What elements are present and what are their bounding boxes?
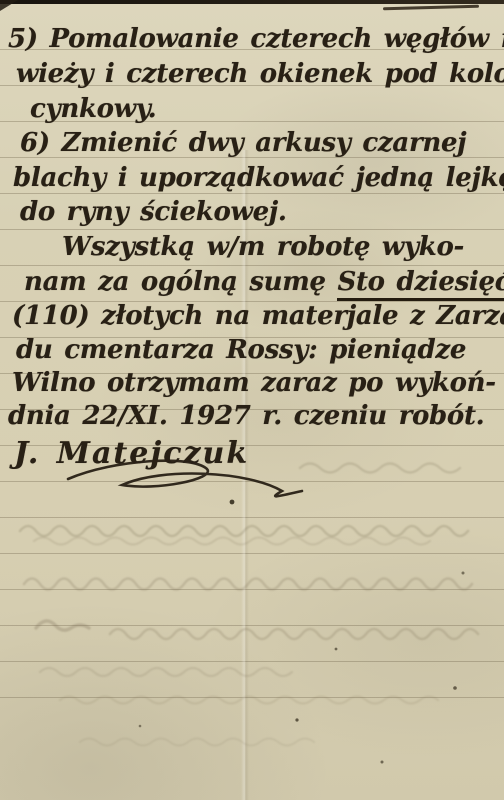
underlined-sum-text: Sto dziesięć	[337, 267, 504, 301]
bleed-through-line	[34, 538, 430, 545]
bleed-through-line	[20, 526, 468, 536]
scan-top-edge	[0, 0, 504, 4]
manuscript-line: Wszystką w/m robotę wyko-	[62, 232, 464, 262]
manuscript-line: blachy i uporządkować jedną lejkę	[13, 163, 504, 193]
manuscript-line: Wilno otrzymam zaraz po wykoń-	[12, 368, 496, 398]
manuscript-line: cynkowy.	[30, 94, 156, 124]
manuscript-line: do ryny ściekowej.	[20, 197, 287, 227]
bleed-through-line	[36, 621, 89, 630]
ink-specks	[139, 500, 465, 764]
bleed-through-line	[300, 464, 460, 473]
manuscript-line: 5) Pomalowanie czterech węgłów na	[8, 24, 504, 54]
manuscript-line: wieży i czterech okienek pod kolor	[16, 59, 504, 89]
bleed-through-line	[80, 739, 314, 746]
manuscript-line: du cmentarza Rossy: pieniądze	[16, 335, 466, 365]
line-text: nam za ogólną sumę	[24, 267, 337, 297]
bleed-through-line	[40, 668, 292, 676]
manuscript-page: 5) Pomalowanie czterech węgłów na wieży …	[0, 0, 504, 800]
bleed-through-line	[60, 697, 438, 704]
signature: J. Matejczuk	[14, 436, 249, 471]
manuscript-line: nam za ogólną sumę Sto dziesięć	[24, 267, 504, 297]
stray-ink-stroke	[383, 5, 479, 11]
manuscript-line: dnia 22/XI. 1927 r. czeniu robót.	[8, 401, 484, 431]
manuscript-line: (110) złotych na materjale z Zarzą-	[12, 301, 504, 331]
manuscript-line: 6) Zmienić dwy arkusy czarnej	[20, 128, 466, 158]
bleed-through-line	[110, 629, 478, 639]
bleed-through-line	[24, 579, 472, 590]
